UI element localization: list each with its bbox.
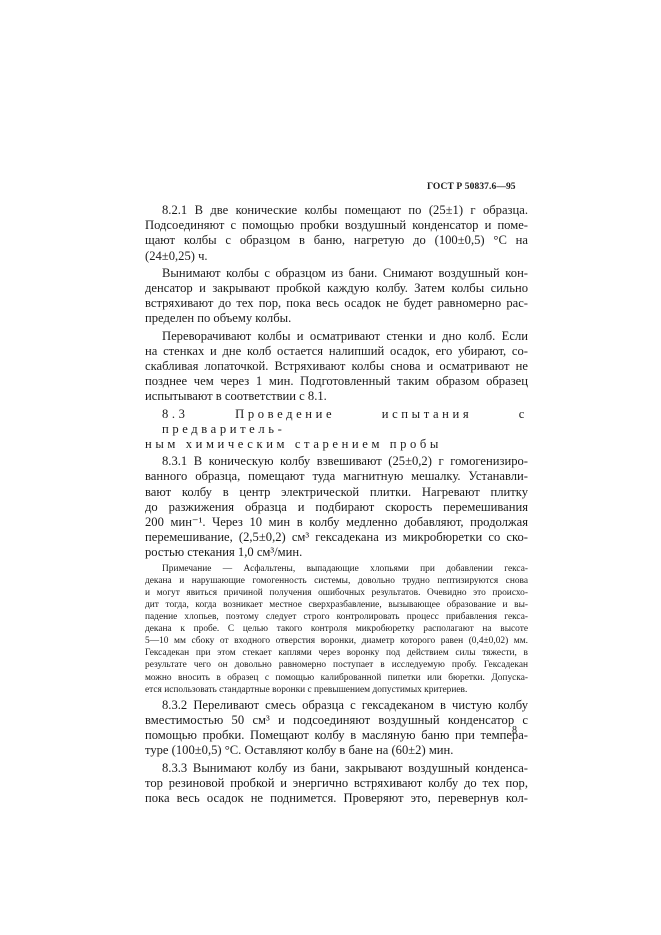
text-line: (24±0,25) ч. bbox=[145, 249, 528, 264]
text-line: 8.3.1 В коническую колбу взвешивают (25±… bbox=[145, 454, 528, 469]
text-line: скабливая лопаточкой. Встряхивают колбы … bbox=[145, 359, 528, 374]
paragraph-8-3-2: 8.3.2 Переливают смесь образца с гексаде… bbox=[145, 698, 528, 759]
text-line: тор резиновой пробкой и энергично встрях… bbox=[145, 776, 528, 791]
text-line: 8.3.3 Вынимают колбу из бани, закрывают … bbox=[145, 761, 528, 776]
note-line: Примечание — Асфальтены, выпадающие хлоп… bbox=[145, 563, 528, 575]
text-line: вместимостью 50 см³ и подсоединяют возду… bbox=[145, 713, 528, 728]
note-block: Примечание — Асфальтены, выпадающие хлоп… bbox=[145, 563, 528, 696]
paragraph-invert-flasks: Переворачивают колбы и осматривают стенк… bbox=[145, 329, 528, 405]
page-number: 8 bbox=[512, 725, 517, 736]
note-line: результате чего он довольно равномерно п… bbox=[145, 659, 528, 671]
note-line: декана к пробе. С целью такого контроля … bbox=[145, 623, 528, 635]
text-line: денсатор и закрывают пробкой каждую колб… bbox=[145, 281, 528, 296]
text-line: пределен по объему колбы. bbox=[145, 311, 528, 326]
text-line: встряхивают до тех пор, пока весь осадок… bbox=[145, 296, 528, 311]
heading-line: 8.3 Проведение испытания с предваритель- bbox=[145, 407, 528, 437]
note-line: Гексадекан при этом стекает каплями чере… bbox=[145, 647, 528, 659]
text-line: пока весь осадок не поднимется. Проверяю… bbox=[145, 791, 528, 806]
note-line: падение хлопьев, поэтому следует строго … bbox=[145, 611, 528, 623]
paragraph-8-3-3: 8.3.3 Вынимают колбу из бани, закрывают … bbox=[145, 761, 528, 807]
text-line: до разжижения образца и подбирают скорос… bbox=[145, 500, 528, 515]
note-line: 5—10 мм сбоку от входного отверстия воро… bbox=[145, 635, 528, 647]
text-line: Вынимают колбы с образцом из бани. Снима… bbox=[145, 266, 528, 281]
text-line: на стенках и дне колб остается налипший … bbox=[145, 344, 528, 359]
note-line: дит тогда, когда возникает местное сверх… bbox=[145, 599, 528, 611]
document-page: ГОСТ Р 50837.6—95 8.2.1 В две конические… bbox=[0, 0, 661, 935]
document-body: 8.2.1 В две конические колбы помещают по… bbox=[145, 203, 528, 808]
text-line: туре (100±0,5) °С. Оставляют колбу в бан… bbox=[145, 743, 528, 758]
paragraph-8-3-1: 8.3.1 В коническую колбу взвешивают (25±… bbox=[145, 454, 528, 560]
text-line: Переворачивают колбы и осматривают стенк… bbox=[145, 329, 528, 344]
note-line: ется использовать стандартные воронки с … bbox=[145, 684, 528, 696]
text-line: ванного образца, помещают туда магнитную… bbox=[145, 469, 528, 484]
text-line: позднее чем через 1 мин. Подготовленный … bbox=[145, 374, 528, 389]
text-line: щают колбы с образцом в баню, нагретую д… bbox=[145, 233, 528, 248]
paragraph-8-2-1: 8.2.1 В две конические колбы помещают по… bbox=[145, 203, 528, 264]
text-line: 8.2.1 В две конические колбы помещают по… bbox=[145, 203, 528, 218]
text-line: 200 мин⁻¹. Через 10 мин в колбу медленно… bbox=[145, 515, 528, 530]
note-line: и могут явиться причиной получения ошибо… bbox=[145, 587, 528, 599]
text-line: вают колбу в центр электрической плитки.… bbox=[145, 485, 528, 500]
paragraph-remove-flasks: Вынимают колбы с образцом из бани. Снима… bbox=[145, 266, 528, 327]
text-line: испытывают в соответствии с 8.1. bbox=[145, 389, 528, 404]
section-heading-8-3: 8.3 Проведение испытания с предваритель-… bbox=[145, 407, 528, 453]
standard-header: ГОСТ Р 50837.6—95 bbox=[427, 182, 516, 192]
text-line: Подсоединяют с помощью пробки воздушный … bbox=[145, 218, 528, 233]
note-line: декана и нарушающие гомогенность системы… bbox=[145, 575, 528, 587]
note-line: можно вносить в образец с помощью калибр… bbox=[145, 672, 528, 684]
heading-line: ным химическим старением пробы bbox=[145, 437, 528, 452]
text-line: перемешивание, (2,5±0,2) см³ гексадекана… bbox=[145, 530, 528, 545]
text-line: помощью пробки. Помещают колбу в масляну… bbox=[145, 728, 528, 743]
text-line: ростью стекания 1,0 см³/мин. bbox=[145, 545, 528, 560]
text-line: 8.3.2 Переливают смесь образца с гексаде… bbox=[145, 698, 528, 713]
